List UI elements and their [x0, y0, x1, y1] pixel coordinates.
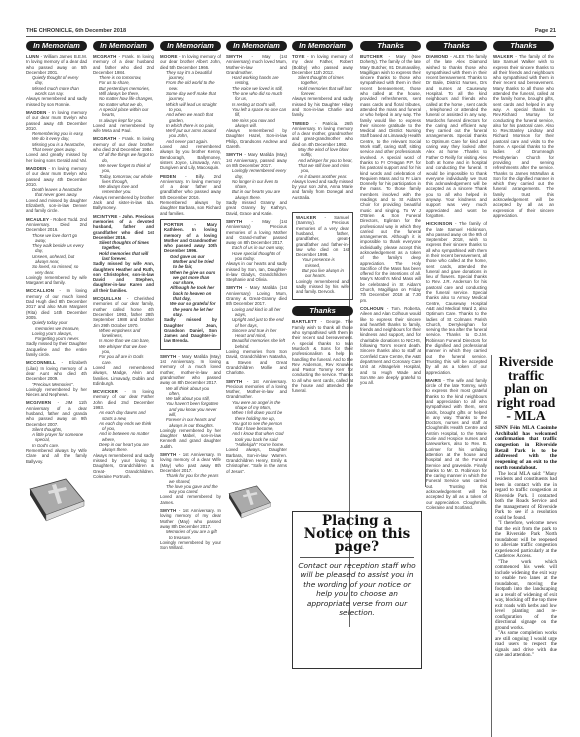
notice-verse: Silent thoughts of times together,Hold m…: [292, 75, 353, 96]
notice-text: - Mary (Nee Doherty). The family of the …: [360, 54, 421, 303]
page-number: Page 21: [535, 28, 556, 35]
verse-line: And when we reach that garden,: [166, 112, 221, 123]
section-header-thanks: Thanks: [426, 41, 487, 51]
notice-surname: MCAULEY: [26, 217, 49, 222]
notice-verse: Those we love don't go away,They walk be…: [26, 233, 87, 275]
verse-line: That we still love and miss you,: [298, 163, 353, 174]
notice-surname: WALKER: [296, 215, 316, 220]
notice-text: - The family of the late Samuel Hickinso…: [426, 221, 487, 374]
notice-surname: BUTCHER: [360, 54, 383, 59]
notice-intro: MAIRS - The wife and family circle of th…: [426, 378, 487, 510]
notice-surname: PORTER: [164, 222, 184, 227]
notice-surname: SMYTH: [160, 452, 176, 457]
notice-text: - In loving memory of our much loved Dad…: [26, 288, 87, 319]
notice-verse: Loving and kind in all her ways,Upright …: [226, 307, 287, 349]
verse-line: Lovingly remembered every day,: [232, 168, 287, 179]
notice-verse: Your presence is missed,But you live alw…: [296, 257, 349, 278]
notice-signature: Loved and remembered always, Madge, Alvi…: [93, 365, 154, 386]
section-header-in-memoriam: In Memoriam: [93, 41, 154, 51]
verse-line: Upright and just to the end of her days,: [232, 317, 287, 328]
notice-verse: Of all the things we forgot to do,We nev…: [93, 152, 154, 194]
notice-signature: Always remembered and sadly missed by yo…: [93, 453, 154, 479]
verse-line: But in our hearts you are always there.: [232, 189, 287, 200]
news-lede: SINN Féin MLA Caoimhe Archibald has welc…: [495, 426, 557, 472]
notice-smyth: SMYTH - May (1st Anniversary) Precious m…: [226, 219, 287, 283]
column-7: Thanks DIAMOND - ALEX The family of the …: [426, 41, 487, 513]
notice-intro: SMYTH - Mary Matilda (1st Anniversary) L…: [226, 285, 287, 306]
verse-line: Hold memories that will last forever.: [99, 251, 154, 262]
notice-intro: SMYTH - 1st Anniversary. In loving memor…: [160, 508, 221, 529]
notice-intro: SMYTH - May (1st Anniversary) Precious m…: [226, 219, 287, 245]
advert-body: Contact our reception staff who will be …: [296, 561, 418, 617]
verse-line: Have special thoughts of you today.: [232, 251, 287, 262]
verse-line: When emptiness and loneliness,: [99, 328, 154, 339]
notice-intro: MADDEN - In loving memory of our dear mu…: [26, 166, 87, 187]
notice-intro: SMYTH - 1st Anniversary. In loving memor…: [160, 452, 221, 473]
notice-surname: PEDEN: [160, 174, 176, 179]
news-paragraph: The local MLA said: "Many residents and …: [495, 472, 557, 522]
column-1: In Memoriam LUNN - William James B.E.M. …: [26, 41, 87, 526]
verse-line: The one who did so much for us,: [232, 91, 287, 102]
notice-mcgrath: MCGRATH - Frank. In loving memory of our…: [93, 136, 154, 210]
notice-text: - Tom. Roberta, Aileen and Alan Colhoun …: [360, 306, 421, 385]
notice-mcgrath: MCGRATH - Frank. In loving memory of a d…: [93, 54, 154, 133]
notice-text: - ALEX The family of the late Alex Diamo…: [426, 54, 487, 218]
verse-line: We never forget to think of you,: [99, 163, 154, 174]
notice-madden: MADDEN - In loving memory of our dear mu…: [26, 166, 87, 214]
notice-signature: Always in our hearts and sadly missed by…: [226, 261, 287, 282]
verse-line: God gave us our Mother and he tried to b…: [170, 254, 217, 270]
boxed-notice-walker: WALKER - Samuel (Sammy). Precious memori…: [292, 212, 353, 300]
verse-line: Loving and kind in all her ways,: [232, 307, 287, 318]
column-5: In Memoriam TOYE - In loving memory of m…: [292, 41, 353, 397]
verse-line: Unseen, unheard, but always near,: [32, 254, 87, 265]
notice-signature: Always remembered by brother Jack and si…: [93, 195, 154, 211]
section-header-thanks: Thanks: [493, 41, 554, 51]
verse-line: No matter how life changes,: [99, 96, 154, 101]
notice-intro: MCGRATH - Frank. In loving memory of our…: [93, 136, 154, 152]
notice-signature: Lovingly remembered by her Nieces and Ne…: [26, 387, 87, 398]
notice-surname: MOORE: [160, 54, 178, 59]
notice-surname: SMYTH: [226, 152, 242, 157]
notice-intro: MADDEN - In loving memory of our dear mu…: [26, 110, 87, 131]
notice-signature: Loved and remembered by James.: [160, 494, 221, 505]
verse-line: Today, tomorrow, our whole lives through…: [99, 174, 154, 185]
notice-surname: DIAMOND: [426, 54, 448, 59]
notice-verse: Each of us in our own way,Have special t…: [226, 245, 287, 261]
notice-verse: Lovingly remembered every day,No longer …: [226, 168, 287, 200]
notice-bartlett: BARTLETT - George. The Family wish to th…: [292, 319, 353, 393]
verse-line: For you all are in Gods care.: [99, 354, 154, 365]
notice-surname: MCGIVERN: [26, 400, 51, 405]
notice-surname: MCGRATH: [93, 136, 117, 141]
notice-walker: WALKER - Samuel (Sammy). Precious memori…: [296, 215, 349, 294]
verse-line: Loving you's always, Forgetting you's ne…: [32, 331, 87, 342]
notice-text: - Mary Matilda (May) 1st Anniversary. In…: [160, 354, 221, 385]
news-body: The local MLA said: "Many residents and …: [495, 472, 557, 659]
notice-verse: Memories of you are a gift to treasure.: [160, 529, 221, 540]
notice-mcconnell: MCCONNELL - Elizabeth (Lilas) In loving …: [26, 360, 87, 397]
notice-mcvicker: MCVICKER - In loving memory of our dear …: [93, 389, 154, 479]
notice-verse: May the wind of love blow softly,And whi…: [292, 147, 353, 179]
notice-verse: Quietly today your memories we treasure,…: [26, 320, 87, 341]
notice-peden: PEDEN - Billy. 2nd Anniversary. In lovin…: [160, 174, 221, 216]
notice-text: - Cherished memories of our dear family,…: [93, 296, 154, 327]
news-paragraph: "I therefore, welcome news that the exit…: [495, 521, 557, 560]
verse-line: You haven't been forgotten and you know …: [166, 401, 221, 417]
notice-signature: Sadly missed by wife Ann, daughters Heat…: [93, 261, 154, 293]
notice-surname: BARTLETT: [292, 319, 317, 324]
notice-walker: WALKER - The family of the late Samuel W…: [493, 54, 554, 218]
notice-surname: MCCONNELL: [26, 360, 56, 365]
verse-line: When I fell down you'd be there holding …: [232, 410, 287, 421]
notice-smyth: SMYTH - 1st Anniversary. Precious memori…: [226, 379, 287, 474]
notice-intro: MCINTYRE - John. Precious memories of a …: [93, 214, 154, 240]
notice-intro: PEDEN - Billy. 2nd Anniversary. In lovin…: [160, 174, 221, 200]
column-2: In Memoriam MCGRATH - Frank. In loving m…: [93, 41, 154, 482]
boxed-notice-porter: PORTER - Mary Kathleen. In loving memory…: [160, 219, 221, 350]
notice-verse: Thank for you for the years we shared,Th…: [160, 473, 221, 494]
advert-divider: [300, 557, 414, 558]
verse-line: They walk beside us every day,: [32, 243, 87, 254]
notice-hickinson: HICKINSON - The family of the late Samue…: [426, 221, 487, 375]
notice-moore: MOORE - In loving memory of our dear bro…: [160, 54, 221, 171]
notice-signature: Sadly missed by their Daughter Jacquelin…: [26, 341, 87, 357]
notice-signature: Lovingly remembered by your Son Willard.: [160, 540, 221, 551]
notice-text: - George. The Family wish to thank all t…: [292, 319, 353, 393]
notice-signature: Sadly missed Granny and great Granny by …: [226, 200, 287, 216]
verse-line: As each day dawns and starts a new,: [99, 410, 154, 421]
notice-toye: TOYE - In loving memory of my dear Fathe…: [292, 54, 353, 118]
verse-line: Beautiful memories she left behind.: [232, 338, 287, 349]
notice-surname: MCCALLION: [26, 288, 54, 293]
notice-surname: SMYTH: [226, 54, 242, 59]
publication-date: THE CHRONICLE, 6th December 2018: [26, 28, 126, 35]
notice-smyth: SMYTH - 1st Anniversary. In loving memor…: [160, 508, 221, 550]
notice-intro: HICKINSON - The family of the late Samue…: [426, 221, 487, 375]
notice-signature: Lovingly remembered by her daughter Mabe…: [160, 428, 221, 449]
notice-intro: SMYTH - May (1st Anniversary) much loved…: [226, 54, 287, 75]
notice-signature: Loved always, Daughter Barbara, Son-in-l…: [226, 447, 287, 473]
verse-line: Although he took her back to heaven on t…: [170, 285, 217, 301]
notice-intro: MCAULEY - Robert Todd. 2nd Anniversary. …: [26, 217, 87, 233]
notice-surname: SMYTH: [226, 379, 242, 384]
column-3: In Memoriam MOORE - In loving memory of …: [160, 41, 221, 553]
notice-surname: TOYE: [292, 54, 305, 59]
notice-verse: Hard working hands are resting,The voice…: [226, 75, 287, 128]
notice-signature: Always loved and sadly missed by your so…: [292, 179, 353, 200]
notice-intro: MCCONNELL - Elizabeth (Lilas) In loving …: [26, 360, 87, 381]
notice-intro: TWEED - Patricia. 26th Anniversary. In l…: [292, 121, 353, 147]
notice-intro: TOYE - In loving memory of my dear Fathe…: [292, 54, 353, 75]
notice-diamond: DIAMOND - ALEX The family of the late Al…: [426, 54, 487, 218]
verse-line: We whisper that we love you,: [99, 344, 154, 355]
verse-line: They say it's a beautiful journey,: [166, 70, 221, 81]
verse-line: Is more than we can bare,: [99, 338, 154, 343]
notice-text: - Mary Kathleen. In loving memory of a l…: [164, 222, 217, 253]
notice-text: - Samuel (Sammy). Precious memories of a…: [296, 215, 349, 257]
notice-surname: SMYTH: [160, 508, 176, 513]
notice-intro: MCGRATH - Frank. In loving memory of a d…: [93, 54, 154, 75]
verse-line: The love you gave and the way you cared.: [166, 484, 221, 495]
notice-surname: COLHOUN: [360, 306, 384, 311]
verse-line: Death leaves a heartache that never goes…: [32, 187, 87, 198]
column-6: Thanks BUTCHER - Mary (Nee Doherty). The…: [360, 41, 421, 388]
notice-surname: MADDEN: [26, 110, 46, 115]
newspaper-page: THE CHRONICLE, 6th December 2018 Page 21…: [26, 28, 556, 737]
verse-line: Forever in our hearts and always in our …: [166, 417, 221, 428]
notice-verse: Quietly thought of every day,Missed much…: [26, 75, 87, 96]
verse-line: And I know that when God took you back h…: [232, 431, 287, 447]
placing-notice-advert: Placing a Notice on this page? Contact o…: [292, 511, 422, 669]
verse-line: Quietly today your memories we treasure,: [32, 320, 87, 331]
notice-verse: We all think about you often,We talk abo…: [160, 386, 221, 428]
news-paragraph: "As some completion works are still ongo…: [495, 631, 557, 659]
notice-signature: Always remembered and sadly missed by hi…: [292, 96, 353, 117]
notice-signature: Loved and remembered always by you broth…: [160, 144, 221, 170]
notice-butcher: BUTCHER - Mary (Nee Doherty). The family…: [360, 54, 421, 303]
notice-intro: COLHOUN - Tom. Roberta, Aileen and Alan …: [360, 306, 421, 385]
notice-signature: Loved and missed by daughter Elizabeth, …: [26, 198, 87, 214]
notice-surname: SMYTH: [226, 219, 242, 224]
news-article: Riverside traffic plan on right road - M…: [495, 355, 557, 659]
verse-line: We miss you now and always will.: [232, 118, 287, 129]
section-header-thanks: Thanks: [360, 41, 421, 51]
notice-mcintyre: MCINTYRE - John. Precious memories of a …: [93, 214, 154, 293]
section-header-thanks: Thanks: [292, 306, 353, 316]
notice-intro: BARTLETT - George. The Family wish to th…: [292, 319, 353, 393]
notice-smyth: SMYTH - May (1st Anniversary) much loved…: [226, 54, 287, 149]
notice-verse: As each day dawns and starts a new,As ea…: [93, 410, 154, 452]
notice-surname: MCINTYRE: [93, 214, 118, 219]
notice-surname: WALKER: [493, 54, 513, 59]
notice-verse: When emptiness and loneliness,Is more th…: [93, 328, 154, 365]
verse-line: We'll put our arms around you John,: [166, 128, 221, 139]
notice-surname: SMYTH: [226, 285, 242, 290]
verse-line: When he give us ours we got more than ou…: [170, 270, 217, 286]
column-8: Thanks WALKER - The family of the late S…: [493, 41, 554, 221]
notice-intro: DIAMOND - ALEX The family of the late Al…: [426, 54, 487, 218]
verse-line: Silent thoughts of times together,: [99, 240, 154, 251]
notice-signature: Always remembered and sadly missed by so…: [26, 96, 87, 107]
notice-verse: Death leaves a heartache that never goes…: [26, 187, 87, 198]
notice-porter: PORTER - Mary Kathleen. In loving memory…: [164, 222, 217, 344]
notice-verse: Remembering you is easy,We do it every d…: [26, 131, 87, 152]
verse-line: We always love and remember you.: [99, 184, 154, 195]
notice-intro: WALKER - Samuel (Sammy). Precious memori…: [296, 215, 349, 257]
verse-line: As each day ends we think of you,: [99, 421, 154, 432]
verse-line: From the old world to the new.: [166, 80, 221, 91]
notice-intro: PORTER - Mary Kathleen. In loving memory…: [164, 222, 217, 254]
notice-mcgivern: MCGIVERN - JIM 11th Anniversary of a dea…: [26, 400, 87, 464]
notice-smyth: SMYTH - 1st Anniversary. In loving memor…: [160, 452, 221, 505]
notice-verse: There is no tomorrow,For us to share,But…: [93, 75, 154, 123]
verse-line: You got to see the person that I have be…: [232, 421, 287, 432]
notice-intro: MCGIVERN - JIM 11th Anniversary of a dea…: [26, 400, 87, 426]
notice-surname: MCVICKER: [93, 389, 118, 394]
notice-surname: MCQUILLAN: [93, 296, 121, 301]
notice-mairs: MAIRS - The wife and family circle of th…: [426, 378, 487, 510]
verse-line: And in between no matter where,: [99, 431, 154, 442]
notice-signature: Loved and greatly missed by her loving s…: [26, 152, 87, 163]
notice-surname: MCGRATH: [93, 54, 117, 59]
notice-madden: MADDEN - In loving memory of our dear mu…: [26, 110, 87, 163]
section-header-in-memoriam: In Memoriam: [292, 41, 353, 51]
notice-smyth: SMYTH - Mary Matilda (1st Anniversary) L…: [226, 285, 287, 375]
verse-line: Missed much more than words can say.: [32, 86, 87, 97]
verse-line: So loved, so missed, so very dear.: [32, 264, 87, 275]
notice-intro: MCQUILLAN - Cherished memories of our de…: [93, 296, 154, 328]
verse-line: A special place within our hearts,: [99, 107, 154, 118]
notice-verse: Silent thoughts,A little prayer for some…: [26, 427, 87, 448]
verse-line: But you live always in our hearts.: [302, 268, 349, 279]
verse-line: Hard working hands are resting,: [232, 75, 287, 86]
section-header-in-memoriam: In Memoriam: [226, 41, 287, 51]
notice-colhoun: COLHOUN - Tom. Roberta, Aileen and Alan …: [360, 306, 421, 385]
notice-intro: MCVICKER - In loving memory of our dear …: [93, 389, 154, 410]
notice-surname: TWEED: [292, 121, 309, 126]
section-header-in-memoriam: In Memoriam: [26, 41, 87, 51]
verse-line: Of all the things we forgot to do,: [99, 152, 154, 163]
verse-line: You were an angel in the shape of my Mom…: [232, 400, 287, 411]
verse-line: Deep in our heart you are always there.: [99, 442, 154, 453]
verse-line: Sincere and true in her Heart and mind,: [232, 328, 287, 339]
news-headline: Riverside traffic plan on right road - M…: [495, 355, 557, 423]
notice-signature: Lovingly remembered and sadly missed by …: [296, 279, 349, 295]
verse-line: You left a space no one can fill,: [232, 107, 287, 118]
notice-intro: SMYTH - Mary Matilda (May) 1st Anniversa…: [160, 354, 221, 386]
notice-verse: Silent thoughts of times together,Hold m…: [93, 240, 154, 261]
notice-verse: God gave us our Mother and he tried to b…: [164, 254, 217, 318]
notice-text: - The wife and family circle of the late…: [426, 378, 487, 510]
verse-line: Hold memories that will last forever.: [298, 86, 353, 97]
verse-line: Each of us in our own way,: [232, 245, 287, 250]
notice-surname: LUNN: [26, 54, 39, 59]
notice-smyth: SMYTH - Mary Matilda (May) 1st Anniversa…: [226, 152, 287, 216]
notice-signature: Always remembered by Daughter Hazel, Son…: [226, 128, 287, 149]
bible-cross-icon: [26, 475, 86, 525]
notice-verse: They say it's a beautiful journey,From t…: [160, 70, 221, 144]
verse-line: Which will lead us straight to you,: [166, 102, 221, 113]
notice-signature: Loving memories from Son David, Grandchi…: [226, 349, 287, 375]
notice-intro: BUTCHER - Mary (Nee Doherty). The family…: [360, 54, 421, 303]
verse-line: We all think about you often,: [166, 386, 221, 397]
notice-surname: HICKINSON: [426, 221, 452, 226]
notice-signature: Loved and remembered by wife Meta and Pa…: [93, 123, 154, 134]
section-header-in-memoriam: In Memoriam: [160, 41, 221, 51]
notice-intro: SMYTH - 1st Anniversary. Precious memori…: [226, 379, 287, 400]
verse-line: No longer in our lives to share,: [232, 179, 287, 190]
column-4: In Memoriam SMYTH - May (1st Anniversary…: [226, 41, 287, 524]
verse-line: Your presence is missed,: [302, 257, 349, 268]
column-rule: [491, 355, 492, 737]
notice-signature: Sadly missed by Daughter Jean, Grandson …: [164, 317, 217, 343]
verse-line: Memories of you are a gift to treasure.: [166, 529, 221, 540]
news-paragraph: "The work which commenced his week will …: [495, 560, 557, 632]
notice-intro: LUNN - William James B.E.M. In loving me…: [26, 54, 87, 75]
masthead: THE CHRONICLE, 6th December 2018 Page 21: [26, 28, 556, 37]
notice-mcauley: MCAULEY - Robert Todd. 2nd Anniversary. …: [26, 217, 87, 286]
notice-signature: Remembered always by Wife Clare and all …: [26, 448, 87, 464]
notice-mccallion: MCCALLION - In loving memory of our much…: [26, 288, 87, 357]
notice-surname: MAIRS: [426, 378, 441, 383]
notice-signature: Remembered always by daughter Barbara, s…: [160, 200, 221, 216]
notice-signature: Lovingly remembered by wife Margaret and…: [26, 275, 87, 286]
verse-line: Silent thoughts of times together,: [298, 75, 353, 86]
verse-line: A little prayer for someone special,: [32, 432, 87, 443]
verse-line: Quietly thought of every day,: [32, 75, 87, 86]
notice-text: - The family of the late Samuel Walker w…: [493, 54, 554, 218]
bible-cross-icon: [226, 481, 272, 523]
verse-line: Those we love don't go away,: [32, 233, 87, 244]
notice-lunn: LUNN - William James B.E.M. In loving me…: [26, 54, 87, 107]
notice-mcquillan: MCQUILLAN - Cherished memories of our de…: [93, 296, 154, 386]
notice-surname: MADDEN: [26, 166, 46, 171]
notice-surname: SMYTH: [160, 354, 176, 359]
notice-intro: MCCALLION - In loving memory of our much…: [26, 288, 87, 320]
notice-intro: WALKER - The family of the late Samuel W…: [493, 54, 554, 218]
notice-intro: SMYTH - Mary Matilda (May) 1st Anniversa…: [226, 152, 287, 168]
columns: In Memoriam LUNN - William James B.E.M. …: [26, 37, 556, 737]
notice-intro: MOORE - In loving memory of our dear bro…: [160, 54, 221, 70]
verse-line: Thank for you for the years we shared,: [166, 473, 221, 484]
notice-verse: You were an angel in the shape of my Mom…: [226, 400, 287, 448]
notice-tweed: TWEED - Patricia. 26th Anniversary. In l…: [292, 121, 353, 200]
verse-line: We our so grateful for the years he let …: [170, 301, 217, 317]
notice-smyth: SMYTH - Mary Matilda (May) 1st Anniversa…: [160, 354, 221, 449]
advert-headline: Placing a Notice on this page?: [296, 515, 418, 554]
verse-line: May the wind of love blow softly,: [298, 147, 353, 158]
verse-line: Some day we'll make that journey,: [166, 91, 221, 102]
